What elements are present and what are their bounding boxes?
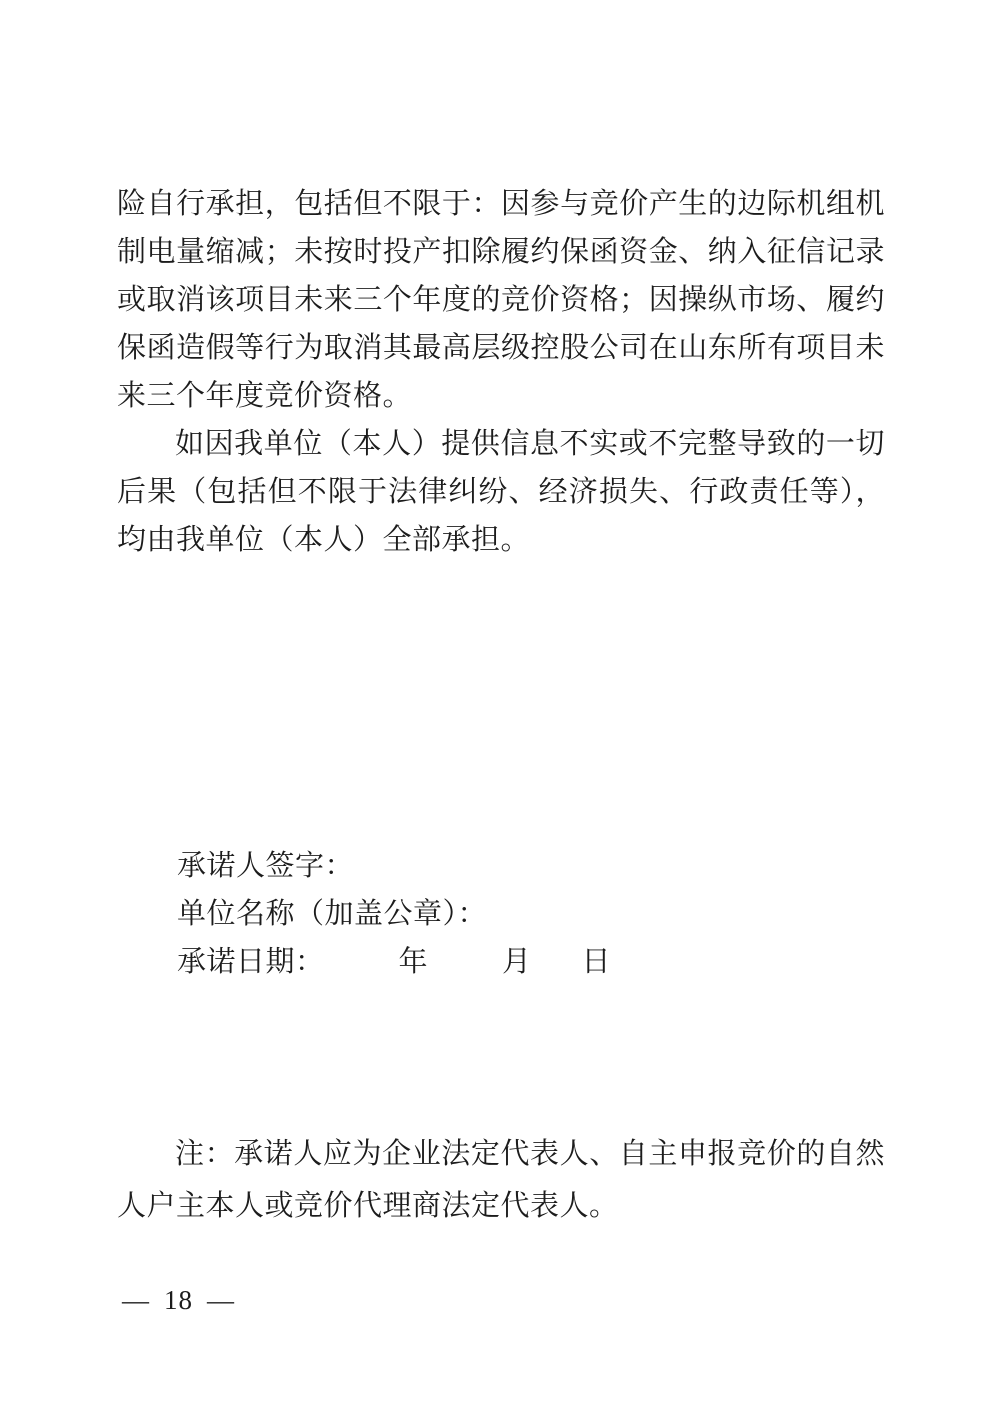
footer-right-dash: — [207,1285,235,1315]
page-number: 18 [164,1285,193,1315]
company-name-label: 单位名称（加盖公章）： [177,890,611,938]
footer-left-dash: — [122,1285,150,1315]
document-page: 险自行承担，包括但不限于：因参与竞价产生的边际机组机制电量缩减；未按时投产扣除履… [0,0,1000,1415]
note-paragraph: 注：承诺人应为企业法定代表人、自主申报竞价的自然人户主本人或竞价代理商法定代表人… [117,1128,885,1232]
date-month-label: 月 [502,938,532,986]
body-text-block: 险自行承担，包括但不限于：因参与竞价产生的边际机组机制电量缩减；未按时投产扣除履… [117,180,885,564]
date-year-label: 年 [399,938,429,986]
signer-signature-label: 承诺人签字： [177,842,611,890]
date-label: 承诺日期： [177,946,325,978]
body-paragraph-liability: 如因我单位（本人）提供信息不实或不完整导致的一切后果（包括但不限于法律纠纷、经济… [117,420,885,564]
commitment-date-line: 承诺日期：年月日 [177,938,611,986]
date-day-label: 日 [582,938,612,986]
page-footer: —18— [122,1282,235,1318]
body-paragraph-continuation: 险自行承担，包括但不限于：因参与竞价产生的边际机组机制电量缩减；未按时投产扣除履… [117,180,885,420]
signature-block: 承诺人签字： 单位名称（加盖公章）： 承诺日期：年月日 [177,842,611,986]
